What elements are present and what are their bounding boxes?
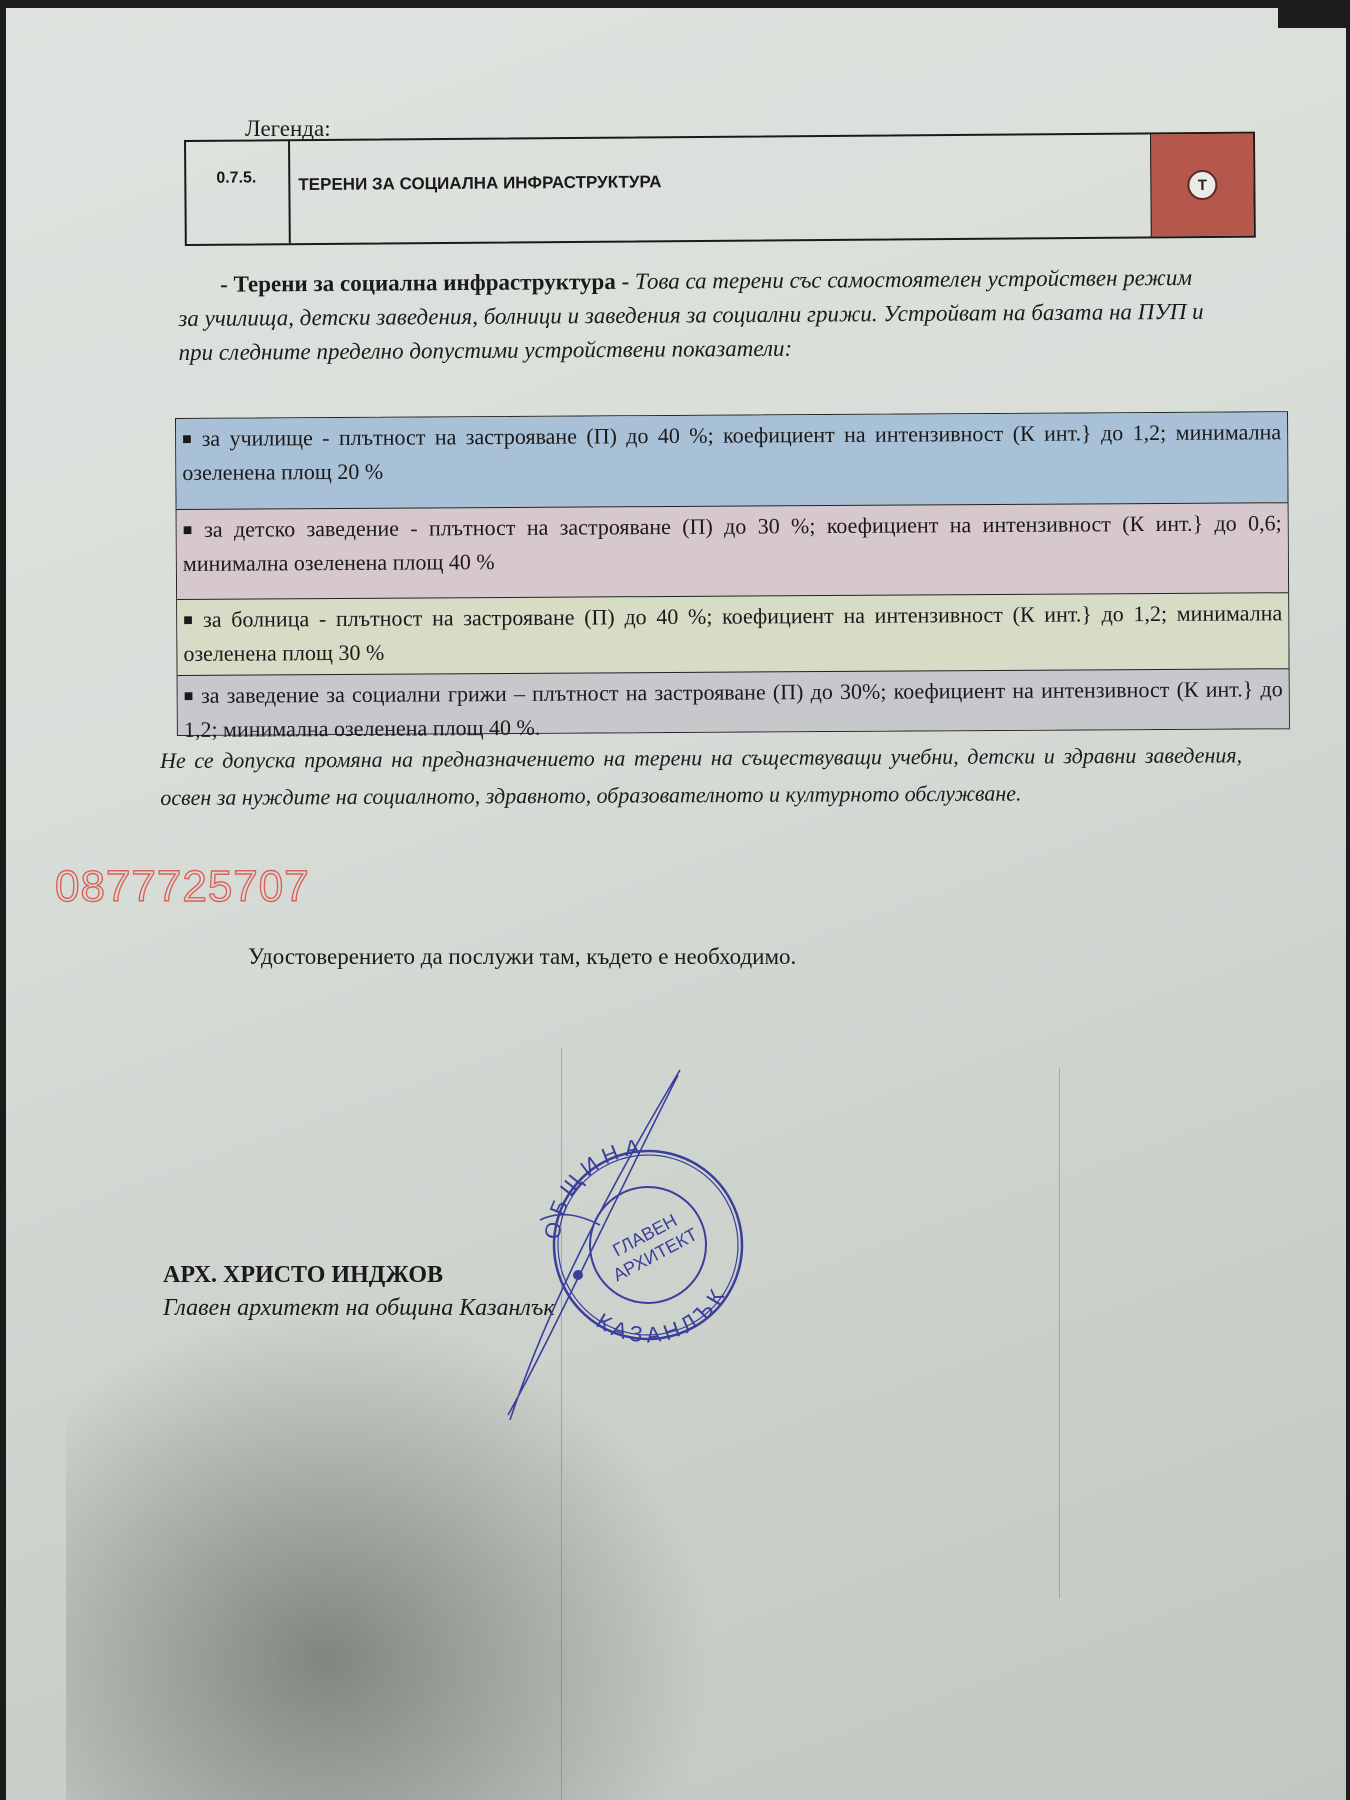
square-bullet-icon: ■ [184, 688, 195, 705]
phone-watermark: 0877725707 [55, 862, 310, 912]
norm-row-kindergarten: ■за детско заведение - плътност на застр… [177, 502, 1289, 599]
norm-text: за детско заведение - плътност на застро… [183, 510, 1282, 576]
background-edge [1278, 0, 1350, 28]
legend-swatch: Т [1150, 134, 1254, 237]
legend-table: 0.7.5. ТЕРЕНИ ЗА СОЦИАЛНА ИНФРАСТРУКТУРА… [184, 132, 1256, 246]
norm-text: за болница - плътност на застрояване (П)… [183, 600, 1282, 666]
certification-line: Удостоверението да послужи там, където е… [248, 944, 796, 970]
circle-letter-t-icon: Т [1187, 170, 1217, 200]
signer-name: АРХ. ХРИСТО ИНДЖОВ [163, 1262, 443, 1289]
signer-title: Главен архитект на община Казанлък [163, 1295, 555, 1322]
square-bullet-icon: ■ [183, 612, 197, 629]
restriction-note: Не се допуска промяна на предназначениет… [160, 736, 1242, 816]
square-bullet-icon: ■ [182, 431, 196, 448]
official-stamp: ОБЩИНА КАЗАНЛЪК ГЛАВЕН АРХИТЕКТ [500, 1060, 780, 1420]
intro-lead: - Терени за социална инфраструктура - [178, 269, 629, 297]
legend-code: 0.7.5. [186, 141, 291, 244]
intro-paragraph: - Терени за социална инфраструктура - То… [178, 261, 1219, 370]
square-bullet-icon: ■ [183, 522, 199, 539]
norms-table: ■за училище - плътност на застрояване (П… [175, 411, 1290, 736]
paper-crease [1059, 1068, 1060, 1598]
norm-row-hospital: ■за болница - плътност на застрояване (П… [177, 592, 1288, 675]
norm-row-school: ■за училище - плътност на застрояване (П… [176, 412, 1288, 509]
norm-row-social-care: ■за заведение за социални грижи – плътно… [178, 668, 1289, 735]
legend-name: ТЕРЕНИ ЗА СОЦИАЛНА ИНФРАСТРУКТУРА [290, 134, 1151, 243]
norm-text: за училище - плътност на застрояване (П)… [182, 419, 1281, 485]
